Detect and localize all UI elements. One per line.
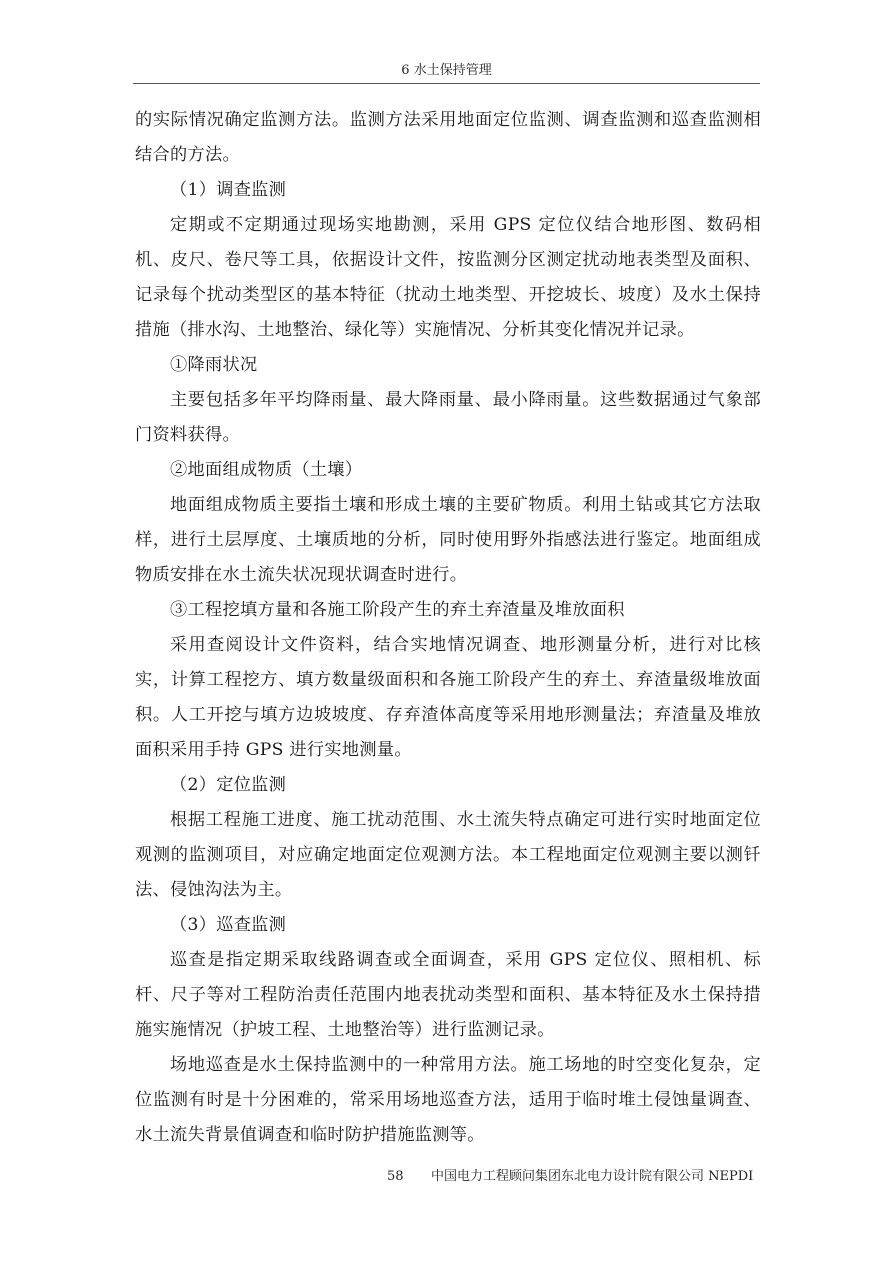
heading-rainfall: ①降雨状况 <box>135 348 761 383</box>
paragraph-site-patrol: 场地巡查是水土保持监测中的一种常用方法。施工场地的时空变化复杂，定位监测有时是十… <box>135 1048 761 1153</box>
paragraph-survey-method: 定期或不定期通过现场实地勘测，采用 GPS 定位仪结合地形图、数码相机、皮尺、卷… <box>135 208 761 348</box>
paragraph-intro: 的实际情况确定监测方法。监测方法采用地面定位监测、调查监测和巡查监测相结合的方法… <box>135 103 761 173</box>
header-divider <box>133 83 760 84</box>
paragraph-ground-material: 地面组成物质主要指土壤和形成土壤的主要矿物质。利用土钻或其它方法取样，进行土层厚… <box>135 488 761 593</box>
paragraph-cut-fill-volume: 采用查阅设计文件资料，结合实地情况调查、地形测量分析，进行对比核实，计算工程挖方… <box>135 628 761 768</box>
heading-cut-fill-volume: ③工程挖填方量和各施工阶段产生的弃土弃渣量及堆放面积 <box>135 593 761 628</box>
heading-survey-monitoring: （1）调查监测 <box>135 173 761 208</box>
heading-patrol-monitoring: （3）巡查监测 <box>135 908 761 943</box>
heading-ground-material: ②地面组成物质（土壤） <box>135 453 761 488</box>
page-body: 的实际情况确定监测方法。监测方法采用地面定位监测、调查监测和巡查监测相结合的方法… <box>135 103 761 1153</box>
heading-fixed-point-monitoring: （2）定位监测 <box>135 768 761 803</box>
paragraph-patrol-definition: 巡查是指定期采取线路调查或全面调查，采用 GPS 定位仪、照相机、标杆、尺子等对… <box>135 943 761 1048</box>
document-page: 6 水土保持管理 的实际情况确定监测方法。监测方法采用地面定位监测、调查监测和巡… <box>0 0 892 1263</box>
paragraph-fixed-point-monitoring: 根据工程施工进度、施工扰动范围、水土流失特点确定可进行实时地面定位观测的监测项目… <box>135 803 761 908</box>
page-footer: 58中国电力工程顾问集团东北电力设计院有限公司 NEPDI <box>387 1168 761 1186</box>
page-number: 58 <box>387 1168 431 1186</box>
paragraph-rainfall: 主要包括多年平均降雨量、最大降雨量、最小降雨量。这些数据通过气象部门资料获得。 <box>135 383 761 453</box>
running-header: 6 水土保持管理 <box>133 62 760 80</box>
footer-organization: 中国电力工程顾问集团东北电力设计院有限公司 NEPDI <box>431 1169 753 1184</box>
